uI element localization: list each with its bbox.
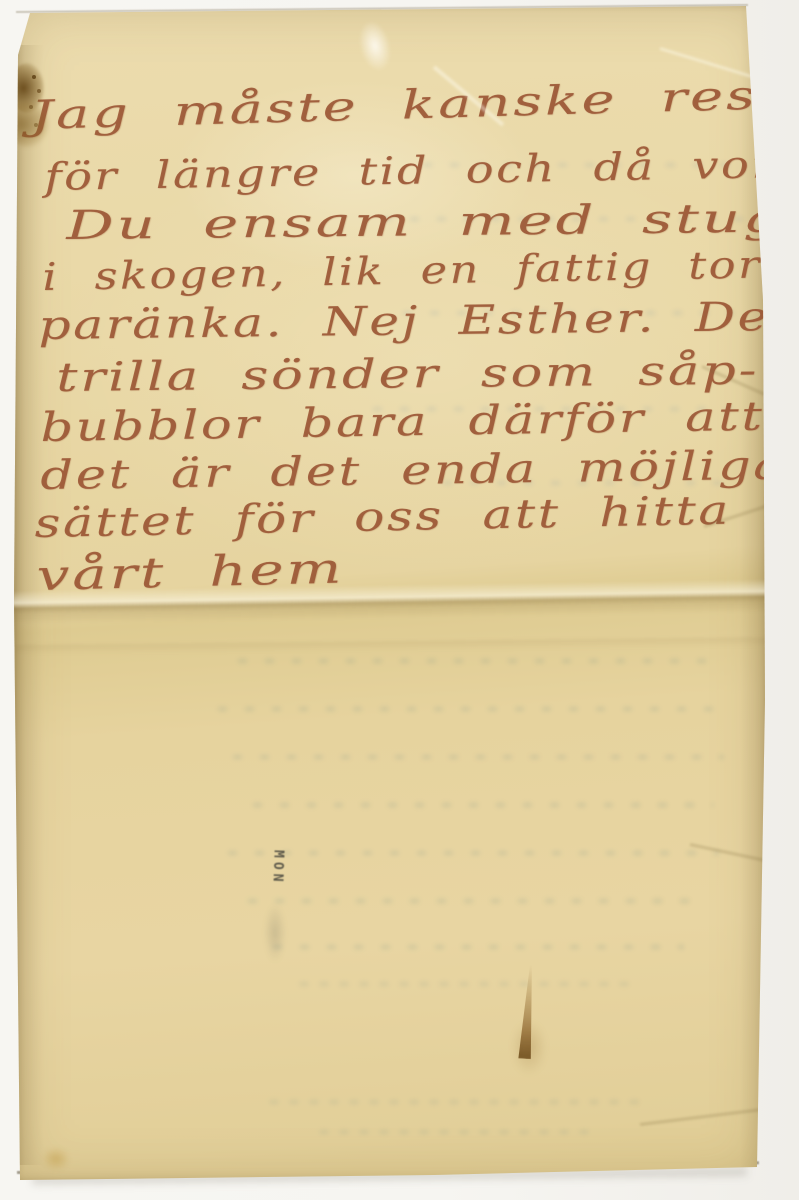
ghost-text-line — [264, 1095, 644, 1108]
ghost-text-line — [294, 977, 634, 990]
handwriting-line: Jag måste kanske resa — [30, 72, 794, 139]
stamp-smudge — [264, 903, 286, 963]
handwriting-line: trilla sönder som såp- — [56, 348, 759, 401]
handwriting-line: i skogen, lik en fattig tor- — [42, 242, 780, 299]
crinkle-line — [690, 843, 779, 865]
handwriting-line: paränka. Nej Esther. Det — [38, 294, 793, 349]
corner-stain — [8, 101, 48, 147]
surface-scuff-mark — [354, 18, 395, 74]
fold-crease-secondary — [14, 637, 774, 655]
ghost-text-line — [209, 701, 729, 717]
ghost-text-line — [239, 893, 699, 909]
ghost-text-line — [224, 749, 724, 765]
scanned-letter: Jag måste kanske resa för längre tid och… — [0, 0, 799, 1200]
handwriting-line: för längre tid och då vore — [44, 142, 799, 199]
ghost-text-line — [229, 653, 709, 669]
ghost-text-line — [244, 797, 714, 813]
letter-paper: Jag måste kanske resa för längre tid och… — [14, 5, 766, 1185]
stamp-mark: MON — [269, 850, 285, 886]
handwriting-line: bubblor bara därför att — [40, 394, 765, 451]
handwriting-line: Du ensam med stugan — [66, 195, 799, 249]
crinkle-line — [640, 1108, 759, 1126]
stain-specks — [32, 75, 36, 79]
ghost-text-line — [219, 845, 719, 861]
ghost-text-line — [314, 1125, 594, 1138]
ghost-text-line — [264, 939, 684, 955]
bottom-left-blotch — [42, 1147, 70, 1171]
